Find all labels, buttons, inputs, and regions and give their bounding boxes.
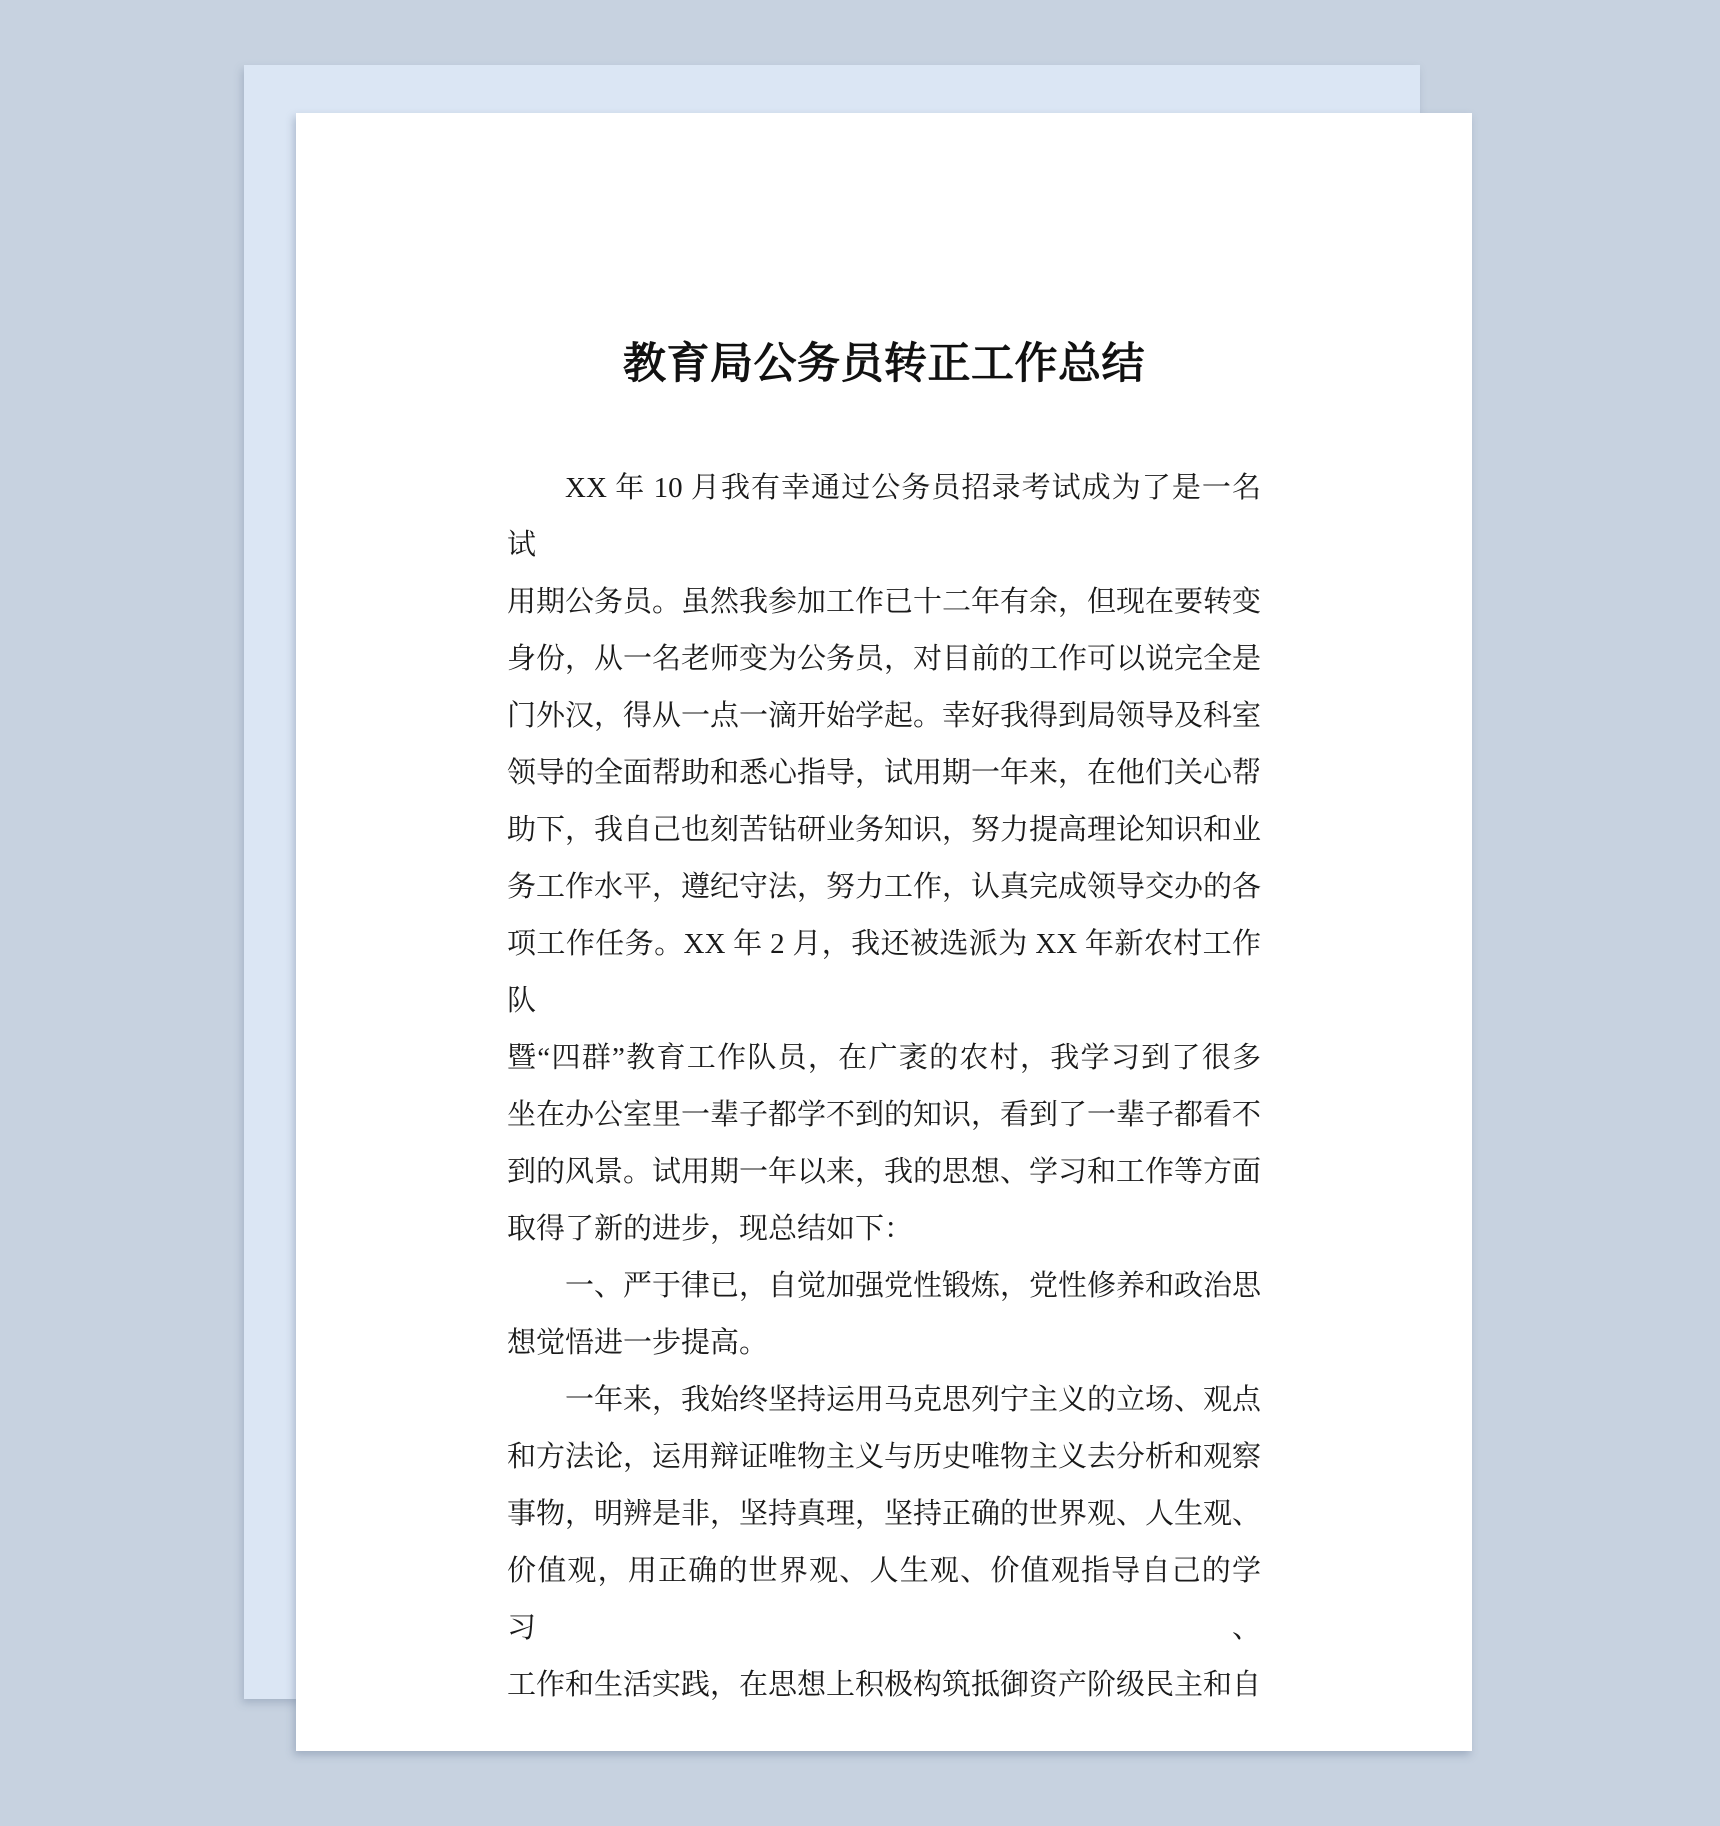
body-line: 价值观，用正确的世界观、人生观、价值观指导自己的学习、 bbox=[507, 1543, 1261, 1657]
body-line: 务工作水平，遵纪守法，努力工作，认真完成领导交办的各 bbox=[507, 859, 1261, 916]
body-line: 到的风景。试用期一年以来，我的思想、学习和工作等方面 bbox=[507, 1144, 1261, 1201]
body-line: 事物，明辨是非，坚持真理，坚持正确的世界观、人生观、 bbox=[507, 1486, 1261, 1543]
document-body: XX 年 10 月我有幸通过公务员招录考试成为了是一名试 用期公务员。虽然我参加… bbox=[507, 460, 1261, 1714]
body-line: 身份，从一名老师变为公务员，对目前的工作可以说完全是 bbox=[507, 631, 1261, 688]
body-line: 领导的全面帮助和悉心指导，试用期一年来，在他们关心帮 bbox=[507, 745, 1261, 802]
body-line: 项工作任务。XX 年 2 月，我还被选派为 XX 年新农村工作队 bbox=[507, 916, 1261, 1030]
body-line: 门外汉，得从一点一滴开始学起。幸好我得到局领导及科室 bbox=[507, 688, 1261, 745]
document-page: 教育局公务员转正工作总结 XX 年 10 月我有幸通过公务员招录考试成为了是一名… bbox=[296, 113, 1472, 1751]
body-line: XX 年 10 月我有幸通过公务员招录考试成为了是一名试 bbox=[507, 460, 1261, 574]
document-title: 教育局公务员转正工作总结 bbox=[296, 339, 1472, 389]
body-line: 工作和生活实践，在思想上积极构筑抵御资产阶级民主和自 bbox=[507, 1657, 1261, 1714]
desktop-background: { "colors": { "background": "#c7d2e0", "… bbox=[0, 0, 1720, 1826]
body-line: 暨“四群”教育工作队员，在广袤的农村，我学习到了很多 bbox=[507, 1030, 1261, 1087]
body-line: 想觉悟进一步提高。 bbox=[507, 1315, 1261, 1372]
body-line: 一年来，我始终坚持运用马克思列宁主义的立场、观点 bbox=[507, 1372, 1261, 1429]
body-line: 取得了新的进步，现总结如下： bbox=[507, 1201, 1261, 1258]
body-line: 用期公务员。虽然我参加工作已十二年有余，但现在要转变 bbox=[507, 574, 1261, 631]
body-line: 一、严于律已，自觉加强党性锻炼，党性修养和政治思 bbox=[507, 1258, 1261, 1315]
body-line: 和方法论，运用辩证唯物主义与历史唯物主义去分析和观察 bbox=[507, 1429, 1261, 1486]
body-line: 坐在办公室里一辈子都学不到的知识，看到了一辈子都看不 bbox=[507, 1087, 1261, 1144]
body-line: 助下，我自己也刻苦钻研业务知识，努力提高理论知识和业 bbox=[507, 802, 1261, 859]
